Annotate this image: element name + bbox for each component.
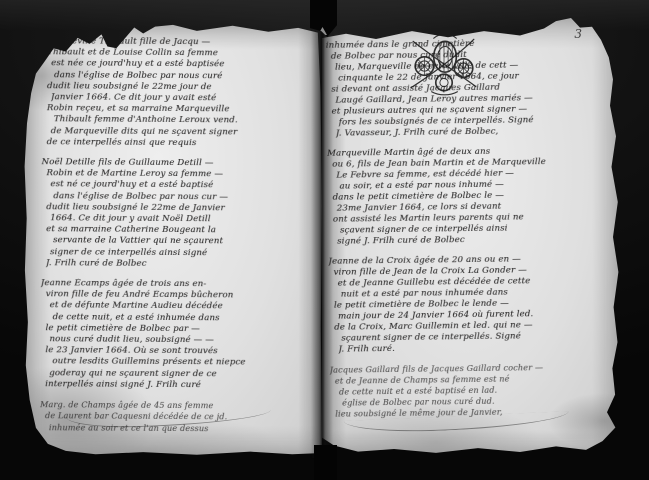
ink-seal-icon: [408, 32, 480, 98]
book-gutter-shadow: [311, 22, 333, 458]
manuscript-record: Jeanne Écamps âgée de trois ans en-viron…: [45, 278, 309, 392]
manuscript-record: Marqueville Thibault fille de Jacqu —Thi…: [47, 36, 311, 150]
manuscript-record: Marqueville Martin âgé de deux ansou 6, …: [332, 145, 606, 247]
manuscript-book-scan: Marqueville Thibault fille de Jacqu —Thi…: [0, 0, 649, 480]
manuscript-line: J. Vavasseur, J. Frilh curé de Bolbec,: [336, 125, 605, 139]
manuscript-line: interpellés ainsi signé J. Frilh curé: [45, 379, 308, 392]
manuscript-record: Jeanne de la Croix âgée de 20 ans ou en …: [333, 253, 607, 355]
manuscript-record: Noël Detille fils de Guillaume Detill —R…: [46, 157, 310, 271]
manuscript-line: J. Frilh curé de Bolbec: [46, 258, 309, 271]
left-page-text: Marqueville Thibault fille de Jacqu —Thi…: [45, 36, 310, 443]
manuscript-line: J. Frilh curé.: [338, 341, 607, 355]
spine-notch-bottom: [314, 445, 337, 480]
left-page: Marqueville Thibault fille de Jacqu —Thi…: [24, 24, 322, 456]
right-page: 3 inhumée dans le grand cimetièrede Bolb…: [322, 18, 622, 456]
manuscript-line: de ce interpellés ainsi que requis: [47, 137, 310, 150]
manuscript-line: signé J. Frilh curé de Bolbec: [337, 233, 606, 247]
